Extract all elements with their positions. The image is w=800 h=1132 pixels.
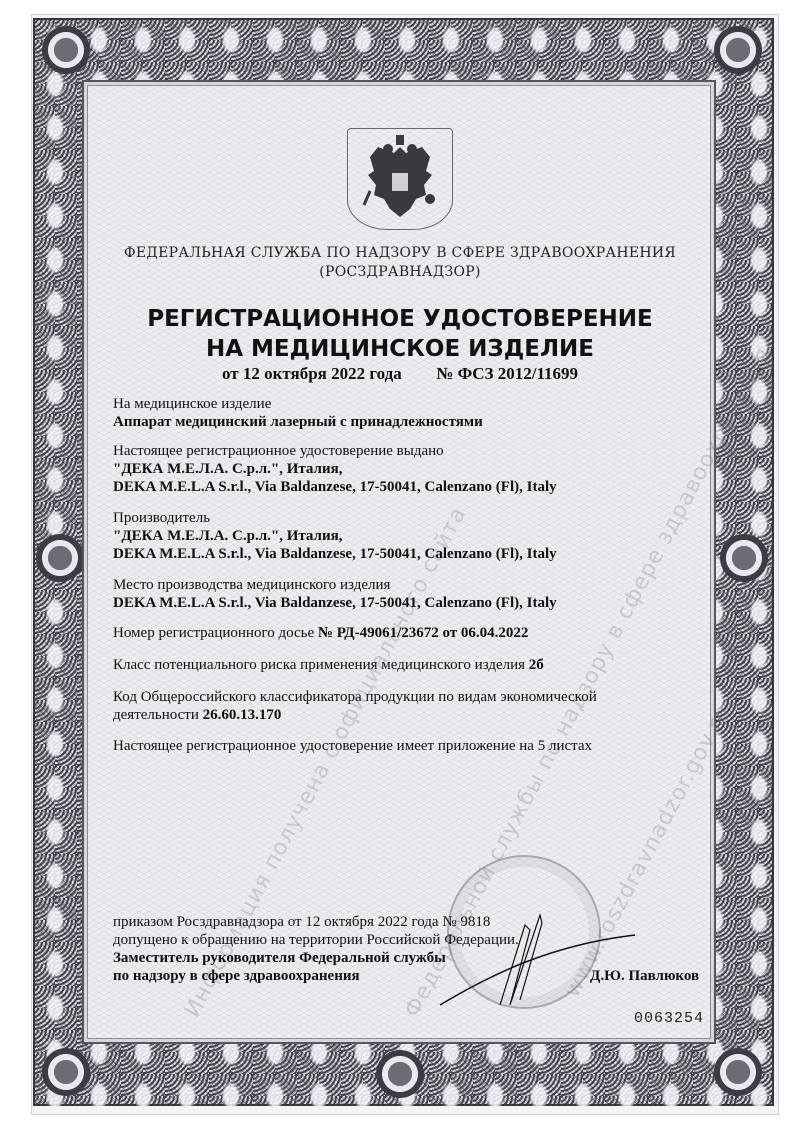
appendix-note: Настоящее регистрационное удостоверение … [113, 737, 592, 755]
okpd-label: Код Общероссийского классификатора проду… [113, 688, 597, 706]
agency-short-name: (РОСЗДРАВНАДЗОР) [100, 264, 700, 280]
document-title-line2: НА МЕДИЦИНСКОЕ ИЗДЕЛИЕ [100, 336, 700, 362]
risk-class-label: Класс потенциального риска применения ме… [113, 657, 525, 673]
document-title-line1: РЕГИСТРАЦИОННОЕ УДОСТОВЕРЕНИЕ [100, 306, 700, 332]
coat-of-arms-icon [347, 128, 453, 230]
issued-to-address: DEKA M.E.L.A S.r.l., Via Baldanzese, 17-… [113, 478, 557, 496]
okpd-label-cont: деятельности [113, 707, 199, 723]
manufacturer-address: DEKA M.E.L.A S.r.l., Via Baldanzese, 17-… [113, 545, 557, 563]
okpd-code: деятельности 26.60.13.170 [113, 706, 281, 724]
okpd-value: 26.60.13.170 [203, 707, 282, 723]
approval-text: допущено к обращению на территории Росси… [113, 931, 519, 949]
issued-to-label: Настоящее регистрационное удостоверение … [113, 442, 444, 460]
risk-class: Класс потенциального риска применения ме… [113, 656, 544, 674]
production-site-label: Место производства медицинского изделия [113, 576, 390, 594]
registration-number: № ФСЗ 2012/11699 [436, 364, 578, 383]
manufacturer-label: Производитель [113, 509, 210, 527]
signatory-position-line2: по надзору в сфере здравоохранения [113, 967, 360, 985]
production-site-address: DEKA M.E.L.A S.r.l., Via Baldanzese, 17-… [113, 594, 557, 612]
signatory-name: Д.Ю. Павлюков [590, 967, 699, 985]
device-name: Аппарат медицинский лазерный с принадлеж… [113, 413, 483, 431]
device-label: На медицинское изделие [113, 395, 271, 413]
manufacturer-name: "ДЕКА М.Е.Л.А. С.р.л.", Италия, [113, 527, 342, 545]
dossier-label: Номер регистрационного досье [113, 625, 314, 641]
order-text: приказом Росздравнадзора от 12 октября 2… [113, 913, 490, 931]
issue-date-and-number: от 12 октября 2022 года № ФСЗ 2012/11699 [100, 364, 700, 384]
dossier-number: Номер регистрационного досье № РД-49061/… [113, 624, 528, 642]
risk-class-value: 2б [529, 657, 544, 673]
issued-to-name: "ДЕКА М.Е.Л.А. С.р.л.", Италия, [113, 460, 342, 478]
signatory-position-line1: Заместитель руководителя Федеральной слу… [113, 949, 446, 967]
dossier-value: № РД-49061/23672 от 06.04.2022 [318, 625, 529, 641]
agency-name: ФЕДЕРАЛЬНАЯ СЛУЖБА ПО НАДЗОРУ В СФЕРЕ ЗД… [100, 245, 700, 261]
issue-date: от 12 октября 2022 года [222, 364, 402, 383]
serial-number: 0063254 [634, 1010, 704, 1027]
